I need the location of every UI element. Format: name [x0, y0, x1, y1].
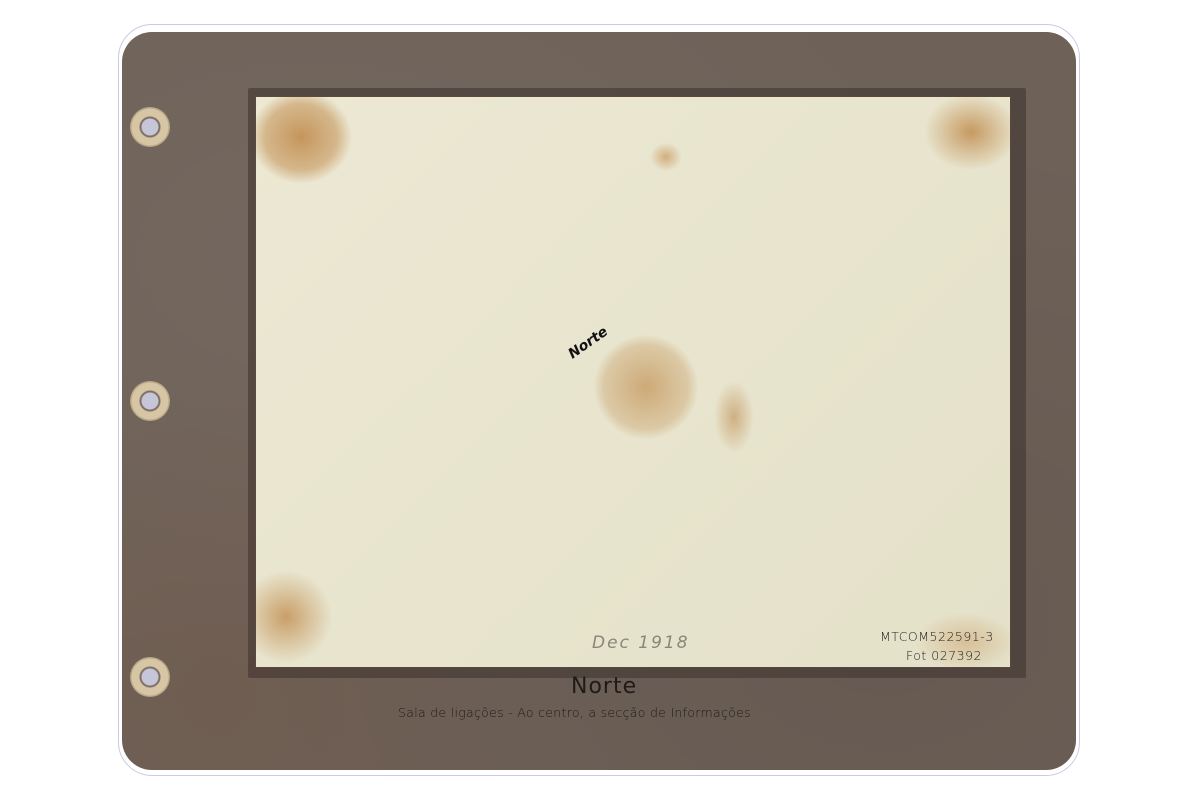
binder-hole-bottom [130, 657, 170, 697]
caption-subtitle: Sala de ligações - Ao centro, a secção d… [398, 705, 751, 720]
binder-hole-middle [130, 381, 170, 421]
fot-number: Fot 027392 [906, 648, 982, 663]
photo-back [256, 97, 1010, 667]
reference-number: MTCOM522591-3 [880, 629, 994, 644]
photo-date-note: Dec 1918 [592, 633, 690, 653]
caption-title: Norte [571, 674, 637, 699]
binder-hole-top [130, 107, 170, 147]
